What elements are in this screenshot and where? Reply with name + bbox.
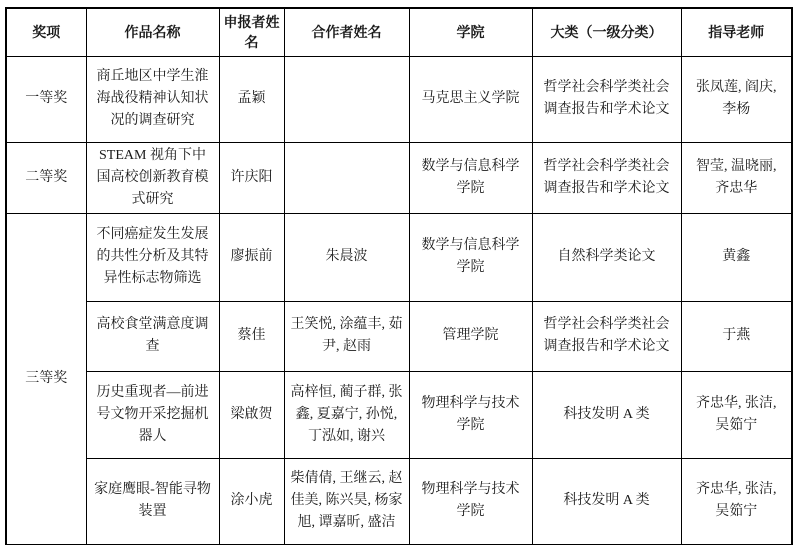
award-cell: 二等奖 [6, 142, 86, 213]
college-cell: 管理学院 [409, 301, 532, 371]
category-cell: 哲学社会科学类社会调查报告和学术论文 [532, 56, 681, 142]
table-row-third-prize-1: 三等奖 不同癌症发生发展的共性分析及其特异性标志物筛选 廖振前 朱晨波 数学与信… [6, 213, 792, 301]
header-category: 大类（一级分类） [532, 8, 681, 56]
college-cell: 物理科学与技术学院 [409, 371, 532, 458]
table-row-first-prize: 一等奖 商丘地区中学生淮海战役精神认知状况的调查研究 孟颖 马克思主义学院 哲学… [6, 56, 792, 142]
collaborators-cell: 柴倩倩, 王继云, 赵佳美, 陈兴昊, 杨家旭, 谭嘉昕, 盛洁 [284, 458, 409, 545]
category-cell: 哲学社会科学类社会调查报告和学术论文 [532, 301, 681, 371]
work-title-cell: 家庭鹰眼-智能寻物装置 [86, 458, 219, 545]
table-row-third-prize-2: 高校食堂满意度调查 蔡佳 王笑悦, 涂蕴丰, 茹尹, 赵雨 管理学院 哲学社会科… [6, 301, 792, 371]
collaborators-cell: 王笑悦, 涂蕴丰, 茹尹, 赵雨 [284, 301, 409, 371]
category-cell: 科技发明 A 类 [532, 371, 681, 458]
applicant-cell: 蔡佳 [219, 301, 284, 371]
award-list-table: 奖项 作品名称 申报者姓名 合作者姓名 学院 大类（一级分类） 指导老师 一等奖… [5, 7, 793, 545]
applicant-cell: 许庆阳 [219, 142, 284, 213]
award-cell-merged: 三等奖 [6, 213, 86, 545]
table-row-second-prize: 二等奖 STEAM 视角下中国高校创新教育模式研究 许庆阳 数学与信息科学学院 … [6, 142, 792, 213]
advisor-cell: 黄鑫 [681, 213, 792, 301]
work-title-cell: 高校食堂满意度调查 [86, 301, 219, 371]
header-work-title: 作品名称 [86, 8, 219, 56]
header-collaborator-names: 合作者姓名 [284, 8, 409, 56]
applicant-cell: 孟颖 [219, 56, 284, 142]
advisor-cell: 齐忠华, 张洁, 吴筎宁 [681, 458, 792, 545]
applicant-cell: 涂小虎 [219, 458, 284, 545]
college-cell: 物理科学与技术学院 [409, 458, 532, 545]
category-cell: 自然科学类论文 [532, 213, 681, 301]
work-title-cell: STEAM 视角下中国高校创新教育模式研究 [86, 142, 219, 213]
college-cell: 马克思主义学院 [409, 56, 532, 142]
work-title-cell: 不同癌症发生发展的共性分析及其特异性标志物筛选 [86, 213, 219, 301]
advisor-cell: 张凤莲, 阎庆, 李杨 [681, 56, 792, 142]
category-cell: 哲学社会科学类社会调查报告和学术论文 [532, 142, 681, 213]
header-college: 学院 [409, 8, 532, 56]
collaborators-cell [284, 142, 409, 213]
header-row: 奖项 作品名称 申报者姓名 合作者姓名 学院 大类（一级分类） 指导老师 [6, 8, 792, 56]
table-row-third-prize-3: 历史重现者—前进号文物开采挖掘机器人 梁啟贺 高梓恒, 蔺子群, 张鑫, 夏嘉宁… [6, 371, 792, 458]
advisor-cell: 智莹, 温晓丽, 齐忠华 [681, 142, 792, 213]
category-cell: 科技发明 A 类 [532, 458, 681, 545]
applicant-cell: 廖振前 [219, 213, 284, 301]
college-cell: 数学与信息科学学院 [409, 213, 532, 301]
table-row-third-prize-4: 家庭鹰眼-智能寻物装置 涂小虎 柴倩倩, 王继云, 赵佳美, 陈兴昊, 杨家旭,… [6, 458, 792, 545]
work-title-cell: 商丘地区中学生淮海战役精神认知状况的调查研究 [86, 56, 219, 142]
collaborators-cell [284, 56, 409, 142]
collaborators-cell: 朱晨波 [284, 213, 409, 301]
header-advisor: 指导老师 [681, 8, 792, 56]
advisor-cell: 齐忠华, 张洁, 吴筎宁 [681, 371, 792, 458]
advisor-cell: 于燕 [681, 301, 792, 371]
document-page: 奖项 作品名称 申报者姓名 合作者姓名 学院 大类（一级分类） 指导老师 一等奖… [0, 0, 795, 545]
college-cell: 数学与信息科学学院 [409, 142, 532, 213]
award-cell: 一等奖 [6, 56, 86, 142]
applicant-cell: 梁啟贺 [219, 371, 284, 458]
collaborators-cell: 高梓恒, 蔺子群, 张鑫, 夏嘉宁, 孙悦, 丁泓如, 谢兴 [284, 371, 409, 458]
work-title-cell: 历史重现者—前进号文物开采挖掘机器人 [86, 371, 219, 458]
header-award: 奖项 [6, 8, 86, 56]
header-applicant-name: 申报者姓名 [219, 8, 284, 56]
